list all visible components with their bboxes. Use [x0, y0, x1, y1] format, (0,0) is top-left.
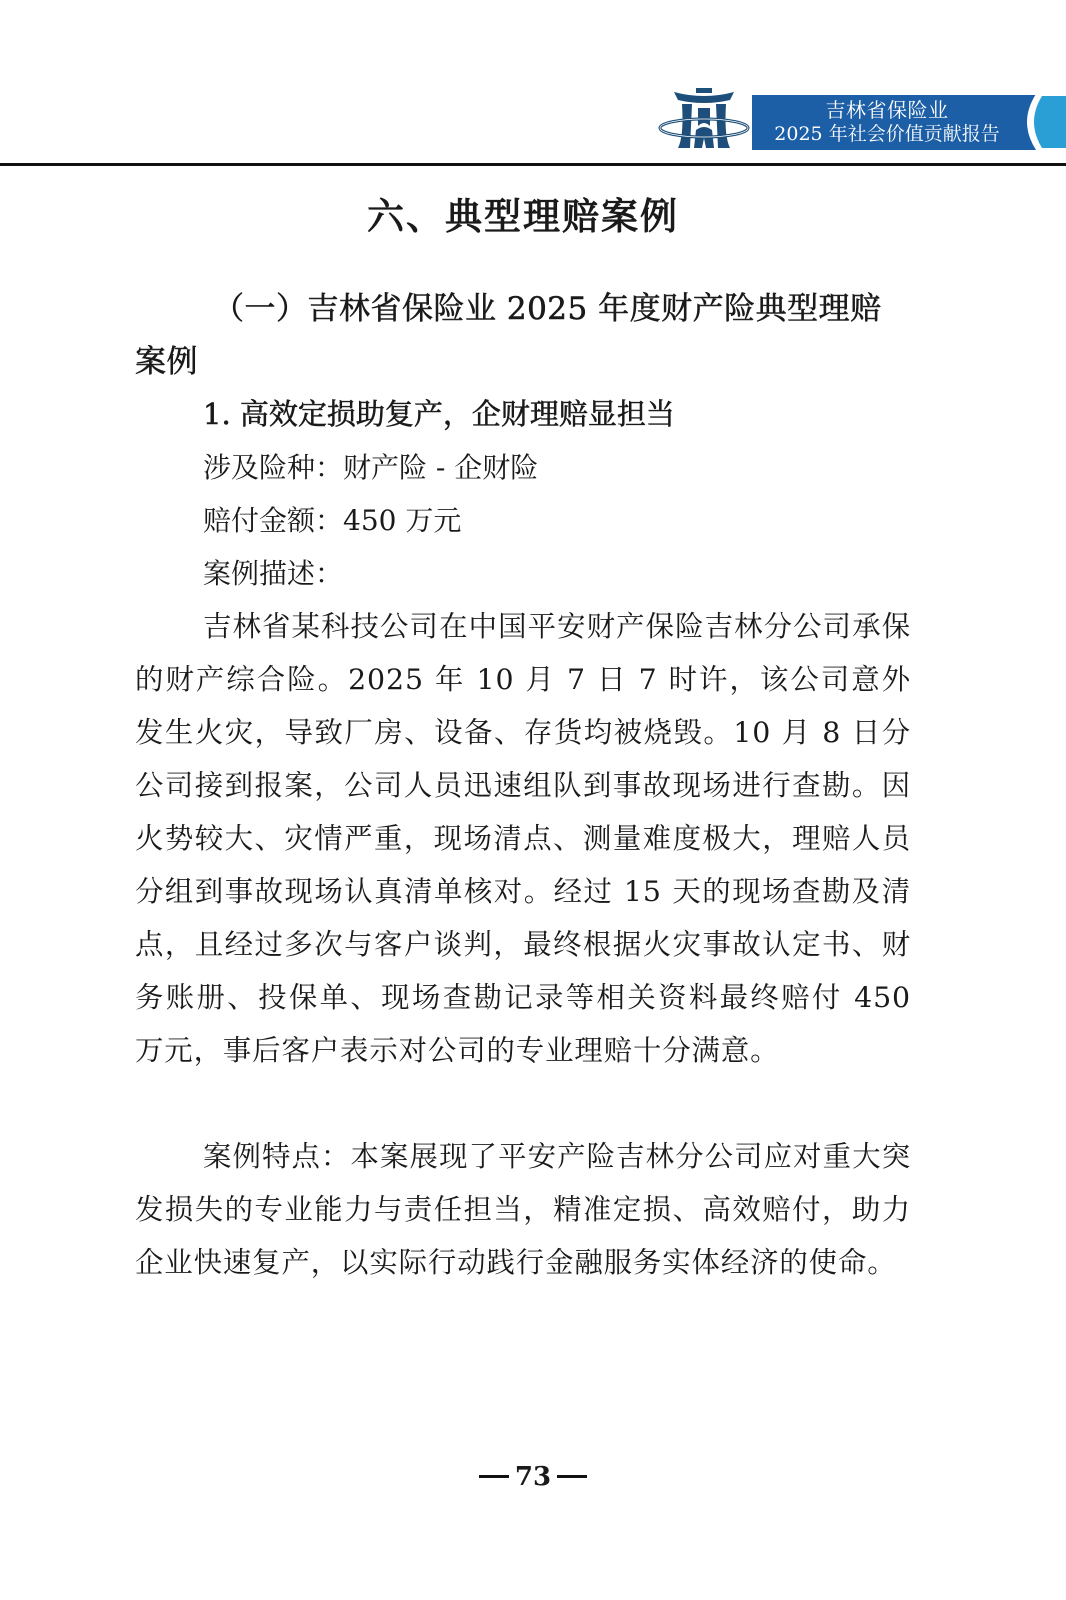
banner-org-name: 吉林省保险业 [752, 98, 1022, 122]
section-heading: （一）吉林省保险业 2025 年度财产险典型理赔案例 [135, 283, 911, 389]
dash-left [479, 1475, 509, 1478]
case-heading: 1. 高效定损助复产，企财理赔显担当 [203, 388, 675, 441]
case-description-paragraph: 吉林省某科技公司在中国平安财产保险吉林分公司承保的财产综合险。2025 年 10… [135, 600, 911, 1077]
insurance-type-value: 财产险 - 企财险 [343, 451, 538, 484]
insurance-type-line: 涉及险种：财产险 - 企财险 [203, 441, 538, 494]
dash-right [557, 1475, 587, 1478]
page-title: 六、典型理赔案例 [135, 192, 911, 240]
payout-line: 赔付金额：450 万元 [203, 494, 461, 547]
report-title-banner: 吉林省保险业 2025 年社会价值贡献报告 [752, 95, 1022, 150]
page-header: 吉林省保险业 2025 年社会价值贡献报告 [0, 0, 1066, 168]
header-divider [0, 163, 1066, 166]
payout-label: 赔付金额： [203, 504, 343, 537]
banner-arc-icon [1012, 92, 1066, 152]
payout-value: 450 万元 [343, 504, 461, 537]
case-features-paragraph: 案例特点：本案展现了平安产险吉林分公司应对重大突发损失的专业能力与责任担当，精准… [135, 1130, 911, 1289]
insurance-type-label: 涉及险种： [203, 451, 343, 484]
page-number: 73 [0, 1462, 1066, 1492]
description-label: 案例描述： [203, 547, 343, 600]
page-number-value: 73 [515, 1462, 551, 1492]
pavilion-logo-icon [656, 86, 752, 152]
banner-report-name: 2025 年社会价值贡献报告 [752, 122, 1022, 146]
